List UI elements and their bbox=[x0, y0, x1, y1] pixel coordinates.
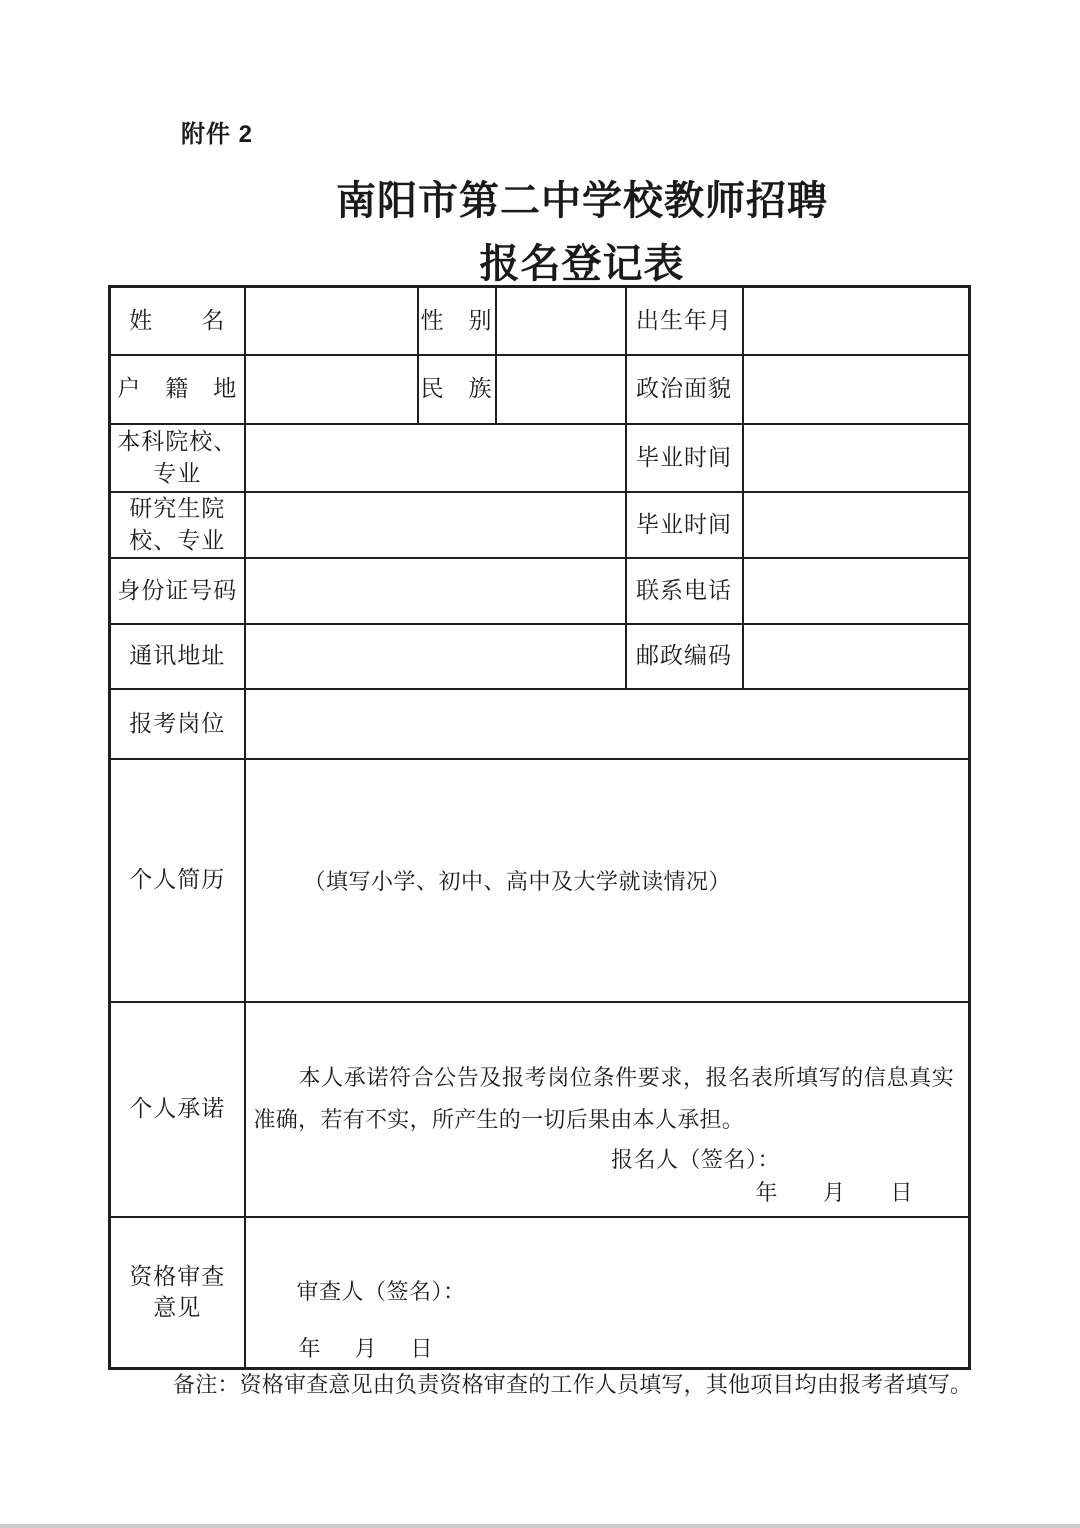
political-status-label: 政治面貌 bbox=[626, 355, 743, 424]
table-row: 报考岗位 bbox=[110, 689, 970, 759]
pledge-label: 个人承诺 bbox=[110, 1002, 245, 1217]
address-value-cell bbox=[245, 624, 626, 689]
table-row: 身份证号码 联系电话 bbox=[110, 558, 970, 624]
undergrad-graduation-time-label: 毕业时间 bbox=[626, 424, 743, 492]
name-label: 姓 名 bbox=[110, 287, 245, 355]
table-row: 姓 名 性 别 出生年月 bbox=[110, 287, 970, 355]
title-line-1: 南阳市第二中学校教师招聘 bbox=[152, 170, 1012, 233]
phone-value-cell bbox=[743, 558, 970, 624]
attachment-label: 附件 2 bbox=[181, 114, 253, 149]
registration-form-table: 姓 名 性 别 出生年月 户 籍 地 民 族 政治面貌 本科院校、 专业 毕业时… bbox=[108, 285, 971, 1370]
table-row: 个人承诺 本人承诺符合公告及报考岗位条件要求，报名表所填写的信息真实准确，若有不… bbox=[110, 1002, 970, 1217]
id-number-label: 身份证号码 bbox=[110, 558, 245, 624]
undergrad-school-label-line1: 本科院校、 bbox=[111, 426, 244, 457]
id-number-value-cell bbox=[245, 558, 626, 624]
ethnicity-value-cell bbox=[496, 355, 626, 424]
review-label-line1: 资格审查 bbox=[111, 1261, 244, 1292]
postal-code-value-cell bbox=[743, 624, 970, 689]
grad-graduation-time-value-cell bbox=[743, 492, 970, 558]
undergrad-school-value-cell bbox=[245, 424, 626, 492]
grad-school-label: 研究生院 校、专业 bbox=[110, 492, 245, 558]
grad-school-value-cell bbox=[245, 492, 626, 558]
address-label: 通讯地址 bbox=[110, 624, 245, 689]
review-content-cell: 审查人（签名）： 年 月 日 bbox=[245, 1217, 970, 1369]
position-value-cell bbox=[245, 689, 970, 759]
resume-hint: （填写小学、初中、高中及大学就读情况） bbox=[246, 865, 969, 896]
postal-code-label: 邮政编码 bbox=[626, 624, 743, 689]
review-label-line2: 意见 bbox=[111, 1292, 244, 1323]
page-bottom-edge bbox=[0, 1524, 1080, 1528]
name-value-cell bbox=[245, 287, 418, 355]
grad-school-label-line1: 研究生院 bbox=[111, 493, 244, 524]
birth-date-label: 出生年月 bbox=[626, 287, 743, 355]
table-row: 个人简历 （填写小学、初中、高中及大学就读情况） bbox=[110, 759, 970, 1002]
resume-content-cell: （填写小学、初中、高中及大学就读情况） bbox=[245, 759, 970, 1002]
undergrad-school-label-line2: 专业 bbox=[111, 458, 244, 489]
footnote: 备注：资格审查意见由负责资格审查的工作人员填写，其他项目均由报考者填写。 bbox=[173, 1371, 972, 1399]
gender-value-cell bbox=[496, 287, 626, 355]
review-date-label: 年 月 日 bbox=[246, 1336, 969, 1362]
undergrad-graduation-time-value-cell bbox=[743, 424, 970, 492]
grad-school-label-line2: 校、专业 bbox=[111, 525, 244, 556]
review-signer-label: 审查人（签名）： bbox=[246, 1279, 969, 1305]
grad-graduation-time-label: 毕业时间 bbox=[626, 492, 743, 558]
table-row: 户 籍 地 民 族 政治面貌 bbox=[110, 355, 970, 424]
table-row: 本科院校、 专业 毕业时间 bbox=[110, 424, 970, 492]
undergrad-school-label: 本科院校、 专业 bbox=[110, 424, 245, 492]
pledge-text: 本人承诺符合公告及报考岗位条件要求，报名表所填写的信息真实准确，若有不实，所产生… bbox=[246, 1057, 969, 1141]
phone-label: 联系电话 bbox=[626, 558, 743, 624]
pledge-content-cell: 本人承诺符合公告及报考岗位条件要求，报名表所填写的信息真实准确，若有不实，所产生… bbox=[245, 1002, 970, 1217]
birth-date-value-cell bbox=[743, 287, 970, 355]
document-page: 附件 2 南阳市第二中学校教师招聘 报名登记表 姓 名 性 别 出生年月 户 籍… bbox=[0, 0, 1080, 1528]
review-label: 资格审查 意见 bbox=[110, 1217, 245, 1369]
pledge-date-label: 年 月 日 bbox=[246, 1177, 969, 1209]
gender-label: 性 别 bbox=[418, 287, 496, 355]
position-label: 报考岗位 bbox=[110, 689, 245, 759]
table-row: 研究生院 校、专业 毕业时间 bbox=[110, 492, 970, 558]
ethnicity-label: 民 族 bbox=[418, 355, 496, 424]
page-title: 南阳市第二中学校教师招聘 报名登记表 bbox=[108, 170, 968, 296]
resume-label: 个人简历 bbox=[110, 759, 245, 1002]
residence-value-cell bbox=[245, 355, 418, 424]
political-status-value-cell bbox=[743, 355, 970, 424]
table-row: 通讯地址 邮政编码 bbox=[110, 624, 970, 689]
table-row: 资格审查 意见 审查人（签名）： 年 月 日 bbox=[110, 1217, 970, 1369]
residence-label: 户 籍 地 bbox=[110, 355, 245, 424]
pledge-signer-label: 报名人（签名）： bbox=[246, 1143, 969, 1177]
